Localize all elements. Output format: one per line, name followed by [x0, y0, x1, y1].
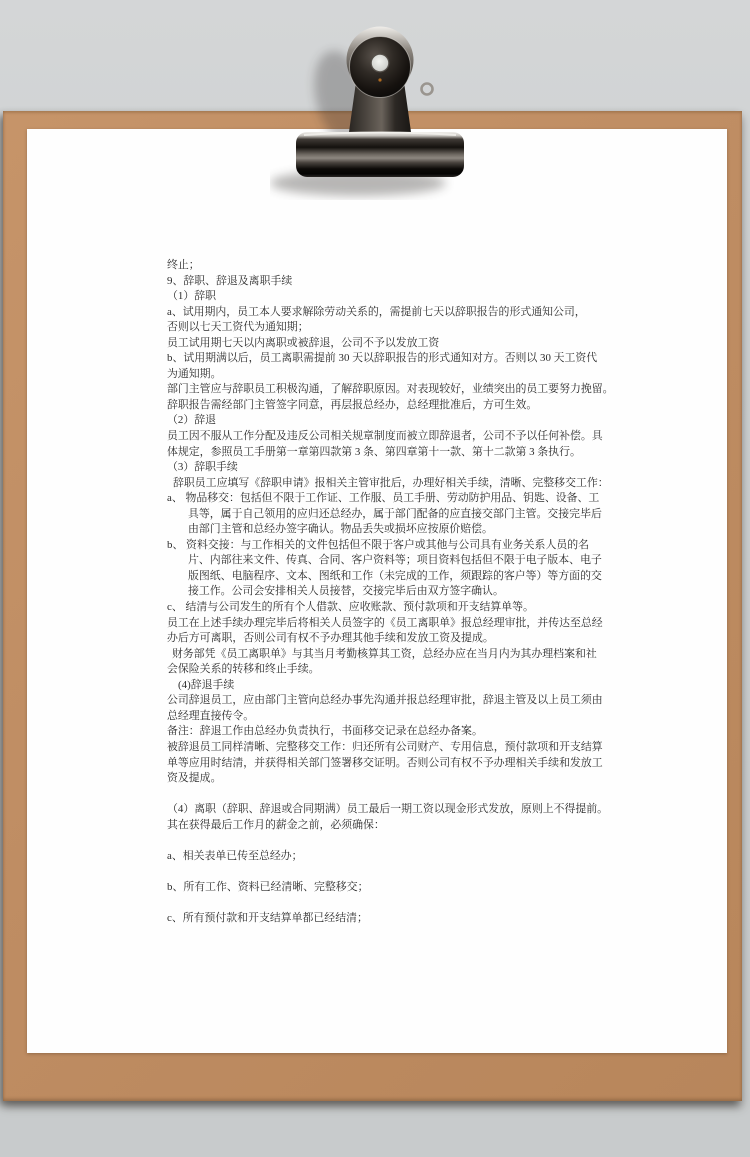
- document-line: b、试用期满以后，员工离职需提前 30 天以辞职报告的形式通知对方。否则以 30…: [167, 351, 617, 367]
- document-line: a、试用期内，员工本人要求解除劳动关系的，需提前七天以辞职报告的形式通知公司，: [167, 305, 617, 321]
- document-line: 体规定，参照员工手册第一章第四款第 3 条、第四章第十一款、第十二款第 3 条执…: [167, 445, 617, 461]
- document-text: 终止；9、辞职、辞退及离职手续（1）辞职a、试用期内，员工本人要求解除劳动关系的…: [167, 258, 617, 927]
- background: { "scene": { "background_color": "#cdd0d…: [0, 0, 750, 1157]
- document-line: [167, 833, 617, 849]
- document-line: 其在获得最后工作月的薪金之前，必须确保：: [167, 818, 617, 834]
- document-line: 终止；: [167, 258, 617, 274]
- document-line: 员工在上述手续办理完毕后将相关人员签字的《员工离职单》报总经理审批，并传达至总经: [167, 616, 617, 632]
- document-line: 会保险关系的转移和终止手续。: [167, 662, 617, 678]
- document-line: a、相关表单已传至总经办；: [167, 849, 617, 865]
- document-line: （1）辞职: [167, 289, 617, 305]
- document-line: 部门主管应与辞职员工积极沟通，了解辞职原因。对表现较好，业绩突出的员工要努力挽留…: [167, 382, 617, 398]
- document-line: 为通知期。: [167, 367, 617, 383]
- document-line: （4）离职（辞职、辞退或合同期满）员工最后一期工资以现金形式发放，原则上不得提前…: [167, 802, 617, 818]
- document-line: 员工试用期七天以内离职或被辞退，公司不予以发放工资: [167, 336, 617, 352]
- document-line: （2）辞退: [167, 413, 617, 429]
- document-line: (4)辞退手续: [167, 678, 617, 694]
- document-line: 由部门主管和总经办签字确认。物品丢失或损坏应按原价赔偿。: [167, 522, 617, 538]
- document-line: [167, 864, 617, 880]
- document-line: 被辞退员工同样清晰、完整移交工作：归还所有公司财产、专用信息，预付款项和开支结算: [167, 740, 617, 756]
- document-line: c、 结清与公司发生的所有个人借款、应收账款、预付款项和开支结算单等。: [167, 600, 617, 616]
- document-line: 具等，属于自己领用的应归还总经办，属于部门配备的应直接交部门主管。交接完毕后: [167, 507, 617, 523]
- binder-clip-icon: [270, 20, 490, 200]
- document-line: 单等应用时结清，并获得相关部门签署移交证明。否则公司有权不予办理相关手续和发放工: [167, 756, 617, 772]
- document-line: a、 物品移交：包括但不限于工作证、工作服、员工手册、劳动防护用品、钥匙、设备、…: [167, 491, 617, 507]
- document-line: 公司辞退员工，应由部门主管向总经办事先沟通并报总经理审批，辞退主管及以上员工须由: [167, 693, 617, 709]
- document-line: 片、内部往来文件、传真、合同、客户资料等；项目资料包括但不限于电子版本、电子: [167, 553, 617, 569]
- document-line: 总经理直接传令。: [167, 709, 617, 725]
- document-line: b、 资料交接：与工作相关的文件包括但不限于客户或其他与公司具有业务关系人员的名: [167, 538, 617, 554]
- document-line: c、所有预付款和开支结算单都已经结清；: [167, 911, 617, 927]
- document-line: b、所有工作、资料已经清晰、完整移交；: [167, 880, 617, 896]
- clip-reflection-dot: [378, 78, 381, 81]
- document-line: 员工因不服从工作分配及违反公司相关规章制度而被立即辞退者，公司不予以任何补偿。具: [167, 429, 617, 445]
- clip-loop: [422, 84, 433, 95]
- document-line: [167, 787, 617, 803]
- clip-bar: [296, 132, 464, 177]
- document-line: 版图纸、电脑程序、文本、图纸和工作（未完成的工作，须跟踪的客户等）等方面的交: [167, 569, 617, 585]
- document-line: 接工作。公司会安排相关人员接替，交接完毕后由双方签字确认。: [167, 584, 617, 600]
- document-line: [167, 895, 617, 911]
- document-line: 9、辞职、辞退及离职手续: [167, 274, 617, 290]
- document-line: 辞职员工应填写《辞职申请》报相关主管审批后，办理好相关手续，清晰、完整移交工作：: [167, 476, 617, 492]
- document-line: 备注：辞退工作由总经办负责执行，书面移交记录在总经办备案。: [167, 724, 617, 740]
- document-line: 办后方可离职，否则公司有权不予办理其他手续和发放工资及提成。: [167, 631, 617, 647]
- document-line: 否则以七天工资代为通知期；: [167, 320, 617, 336]
- document-line: （3）辞职手续: [167, 460, 617, 476]
- document-line: 辞职报告需经部门主管签字同意，再层报总经办，总经理批准后，方可生效。: [167, 398, 617, 414]
- document-line: 财务部凭《员工离职单》与其当月考勤核算其工资，总经办应在当月内为其办理档案和社: [167, 647, 617, 663]
- clip-hole: [371, 54, 389, 72]
- document-line: 资及提成。: [167, 771, 617, 787]
